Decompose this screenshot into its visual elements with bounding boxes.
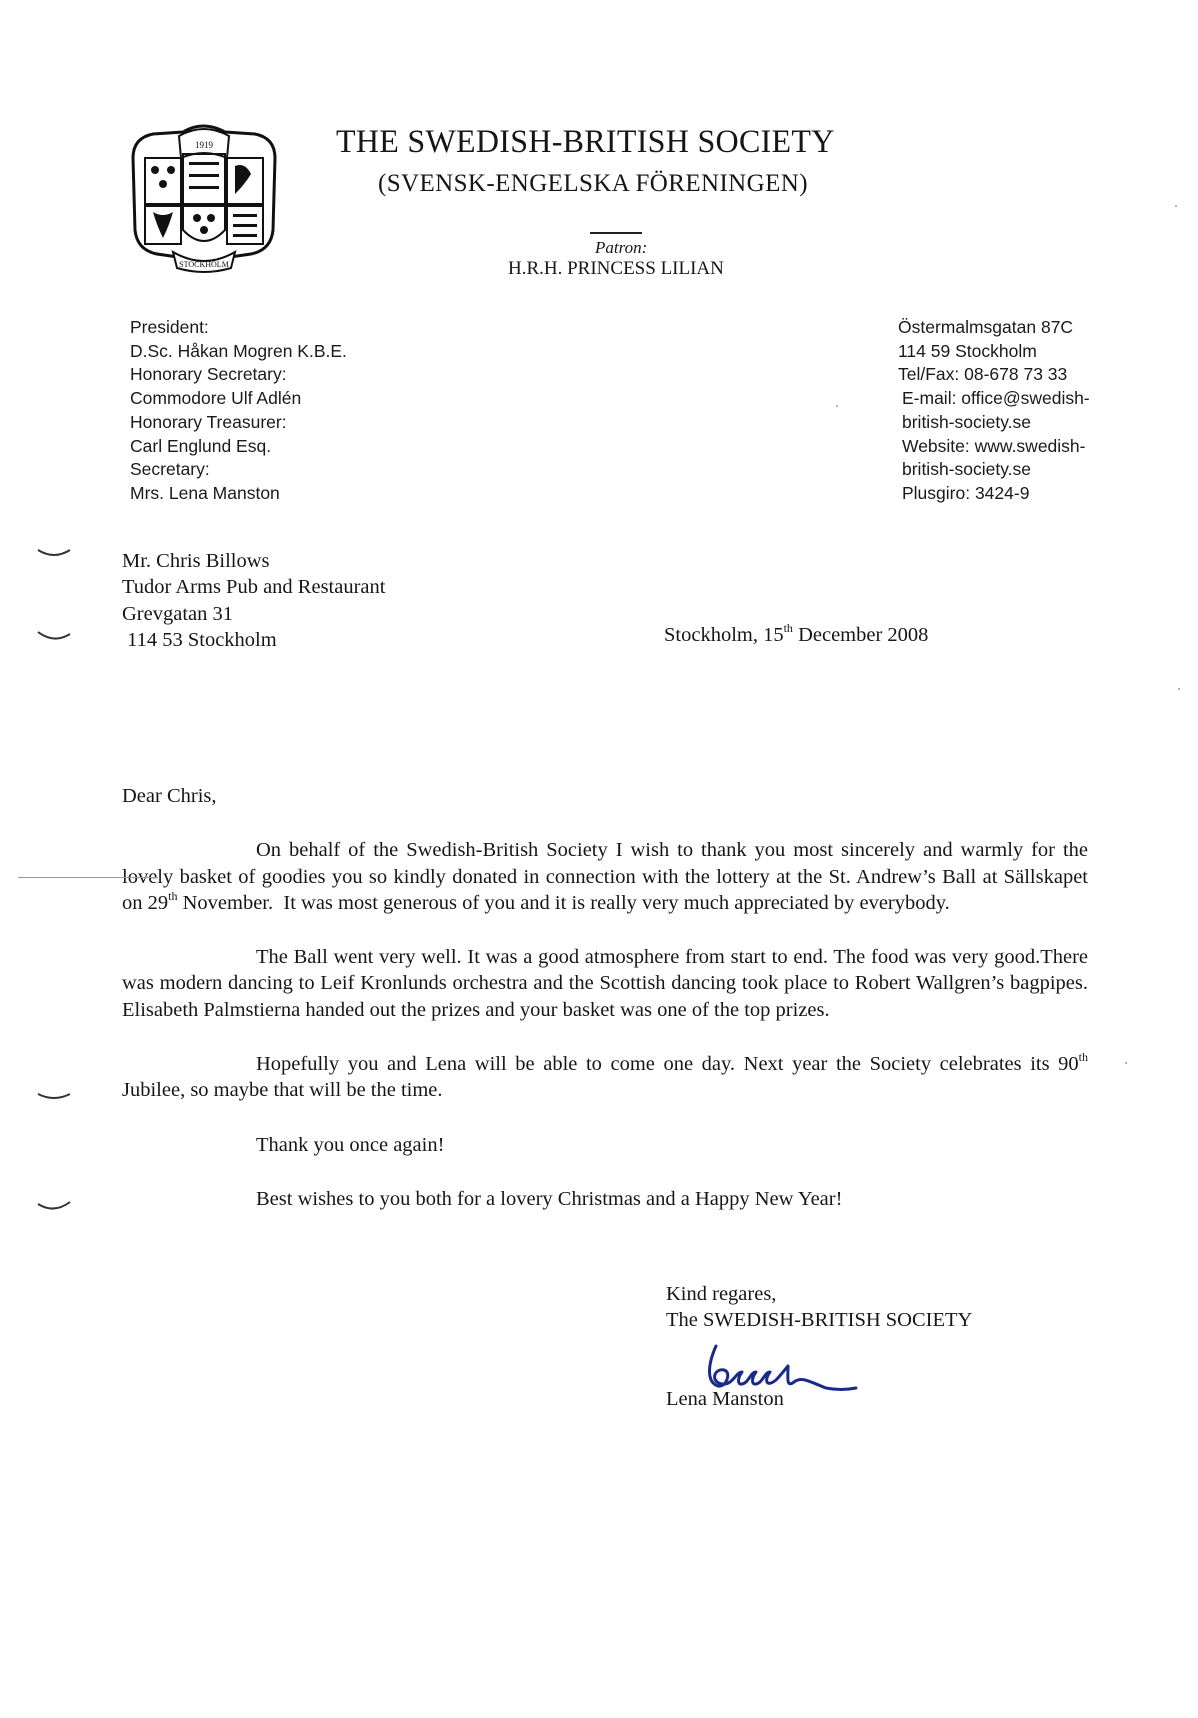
punch-hole-mark-icon <box>36 1200 72 1214</box>
scan-artifact-line <box>18 877 158 878</box>
punch-hole-mark-icon <box>36 630 72 644</box>
paragraph-thanks: On behalf of the Swedish-British Society… <box>122 837 1088 916</box>
scan-speck <box>836 405 838 407</box>
officer-role: Secretary: <box>130 458 347 482</box>
paragraph-text: Hopefully you and Lena will be able to c… <box>256 1053 1079 1075</box>
paragraph-text: November. It was most generous of you an… <box>177 892 949 914</box>
closing-block: Kind regares, The SWEDISH-BRITISH SOCIET… <box>666 1281 972 1334</box>
paragraph-jubilee: Hopefully you and Lena will be able to c… <box>122 1051 1088 1104</box>
recipient-postal: 114 53 Stockholm <box>122 627 385 653</box>
recipient-address: Mr. Chris Billows Tudor Arms Pub and Res… <box>122 548 385 653</box>
svg-text:1919: 1919 <box>195 140 214 150</box>
contact-website[interactable]: Website: www.swedish- <box>898 435 1090 459</box>
svg-text:STOCKHOLM: STOCKHOLM <box>179 260 229 269</box>
closing-salutation: Kind regares, <box>666 1281 972 1307</box>
scan-speck <box>1175 205 1177 207</box>
officers-list: President: D.Sc. Håkan Mogren K.B.E. Hon… <box>130 316 347 506</box>
scan-speck <box>1125 1062 1127 1064</box>
patron-divider <box>590 232 642 234</box>
officer-role: President: <box>130 316 347 340</box>
patron-name: H.R.H. PRINCESS LILIAN <box>508 258 724 280</box>
punch-hole-mark-icon <box>36 1090 72 1104</box>
contact-email-cont[interactable]: british-society.se <box>898 411 1090 435</box>
contact-postal: 114 59 Stockholm <box>898 340 1090 364</box>
recipient-name: Mr. Chris Billows <box>122 548 385 574</box>
officer-name: Commodore Ulf Adlén <box>130 387 347 411</box>
society-subtitle: (SVENSK-ENGELSKA FÖRENINGEN) <box>378 170 808 198</box>
officer-name: D.Sc. Håkan Mogren K.B.E. <box>130 340 347 364</box>
paragraph-wishes: Best wishes to you both for a lovery Chr… <box>122 1186 1088 1212</box>
recipient-company: Tudor Arms Pub and Restaurant <box>122 574 385 600</box>
paragraph-thanks-again: Thank you once again! <box>122 1132 1088 1158</box>
date-rest: December 2008 <box>793 624 928 646</box>
society-title: THE SWEDISH-BRITISH SOCIETY <box>336 124 835 161</box>
officer-name: Mrs. Lena Manston <box>130 482 347 506</box>
paragraph-ball: The Ball went very well. It was a good a… <box>122 944 1088 1023</box>
contact-email[interactable]: E-mail: office@swedish- <box>898 387 1090 411</box>
date-place: Stockholm, 15 <box>664 624 784 646</box>
recipient-street: Grevgatan 31 <box>122 601 385 627</box>
closing-organisation: The SWEDISH-BRITISH SOCIETY <box>666 1307 972 1333</box>
scan-speck <box>1178 688 1180 690</box>
signer-name: Lena Manston <box>666 1388 784 1411</box>
officer-name: Carl Englund Esq. <box>130 435 347 459</box>
letter-body: Dear Chris, On behalf of the Swedish-Bri… <box>122 783 1088 1212</box>
contact-street: Östermalmsgatan 87C <box>898 316 1090 340</box>
letter-date: Stockholm, 15th December 2008 <box>664 624 928 647</box>
officer-role: Honorary Secretary: <box>130 363 347 387</box>
punch-hole-mark-icon <box>36 546 72 560</box>
date-ordinal: th <box>784 621 793 635</box>
contact-block: Östermalmsgatan 87C 114 59 Stockholm Tel… <box>898 316 1090 506</box>
contact-telfax: Tel/Fax: 08-678 73 33 <box>898 363 1090 387</box>
society-crest-icon: 1919 STOCKHOLM <box>123 118 285 274</box>
patron-label: Patron: <box>595 238 647 258</box>
greeting: Dear Chris, <box>122 783 1088 809</box>
contact-plusgiro: Plusgiro: 3424-9 <box>898 482 1090 506</box>
contact-website-cont[interactable]: british-society.se <box>898 458 1090 482</box>
ordinal: th <box>1079 1050 1088 1064</box>
officer-role: Honorary Treasurer: <box>130 411 347 435</box>
